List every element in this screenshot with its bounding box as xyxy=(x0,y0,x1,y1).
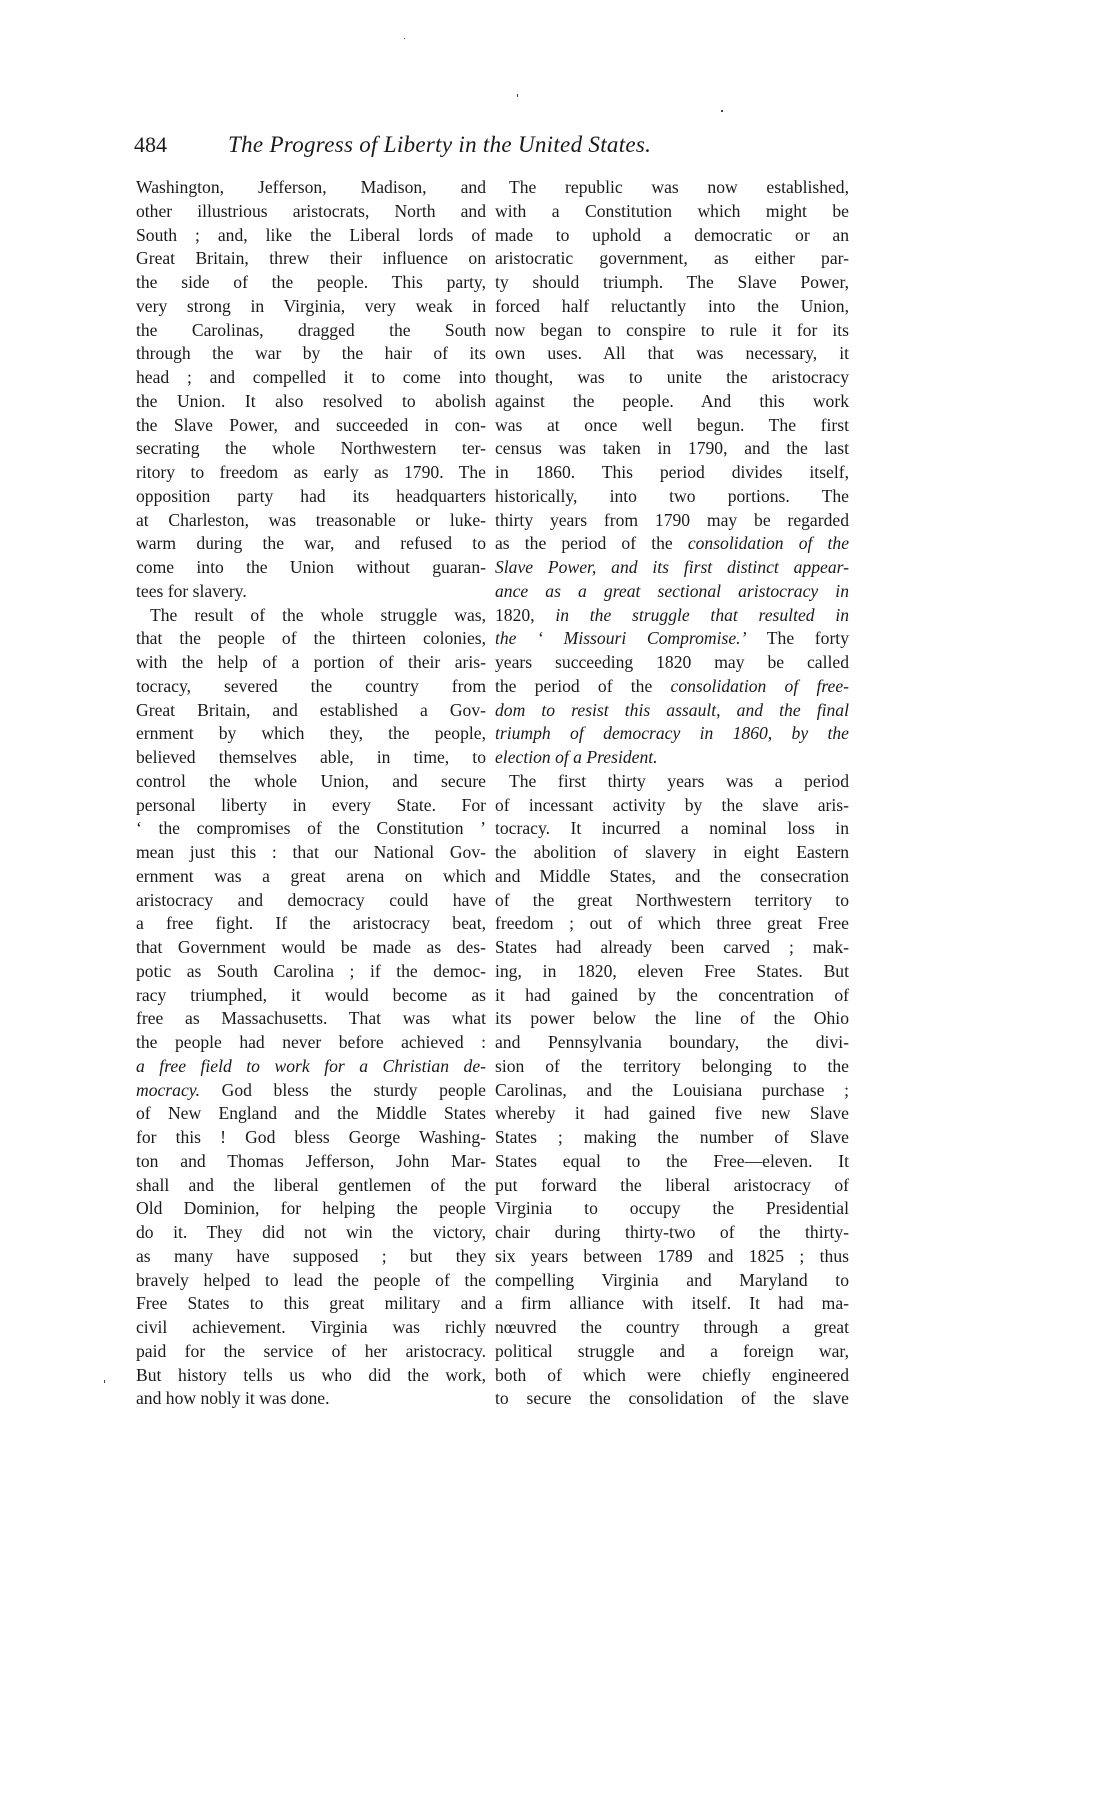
text: mean just this : that our National Gov- xyxy=(136,842,486,862)
text: Great Britain, threw their influence on xyxy=(136,248,486,268)
page-header: 484 The Progress of Liberty in the Unite… xyxy=(134,128,854,164)
text: against the people. And this work xyxy=(495,391,849,411)
text: the period of the xyxy=(495,676,671,696)
text: and Pennsylvania boundary, the divi- xyxy=(495,1032,849,1052)
text-line: Carolinas, and the Louisiana purchase ; xyxy=(495,1079,849,1103)
text-line: tocracy, severed the country from xyxy=(136,675,486,699)
text: ritory to freedom as early as 1790. The xyxy=(136,462,486,482)
running-title: The Progress of Liberty in the United St… xyxy=(228,132,651,158)
text-line: both of which were chiefly engineered xyxy=(495,1364,849,1388)
text-line: ty should triumph. The Slave Power, xyxy=(495,271,849,295)
text: whereby it had gained five new Slave xyxy=(495,1103,849,1123)
text-line: through the war by the hair of its xyxy=(136,342,486,366)
text: tocracy, severed the country from xyxy=(136,676,486,696)
text: to secure the consolidation of the slave xyxy=(495,1388,849,1408)
text: God bless the sturdy people xyxy=(200,1080,486,1100)
text: The result of the whole struggle was, xyxy=(150,605,486,625)
text: the Carolinas, dragged the South xyxy=(136,320,486,340)
text: was at once well begun. The first xyxy=(495,415,849,435)
text-line: historically, into two portions. The xyxy=(495,485,849,509)
text: thought, was to unite the aristocracy xyxy=(495,367,849,387)
text: civil achievement. Virginia was richly xyxy=(136,1317,486,1337)
text: The first thirty years was a period xyxy=(509,771,849,791)
text: now began to conspire to rule it for its xyxy=(495,320,849,340)
text-line: that the people of the thirteen colonies… xyxy=(136,627,486,651)
text-line: of the great Northwestern territory to xyxy=(495,889,849,913)
text-line: potic as South Carolina ; if the democ- xyxy=(136,960,486,984)
text-line: the period of the consolidation of free- xyxy=(495,675,849,699)
text-line: own uses. All that was necessary, it xyxy=(495,342,849,366)
text: compelling Virginia and Maryland to xyxy=(495,1270,849,1290)
text-line: come into the Union without guaran- xyxy=(136,556,486,580)
text-line: warm during the war, and refused to xyxy=(136,532,486,556)
italic-text: consolidation of free- xyxy=(671,676,850,696)
text: of the great Northwestern territory to xyxy=(495,890,849,910)
italic-text: Slave Power, and its first distinct appe… xyxy=(495,557,849,577)
text: the people had never before achieved : xyxy=(136,1032,486,1052)
text-line: tocracy. It incurred a nominal loss in xyxy=(495,817,849,841)
text-line: The first thirty years was a period xyxy=(495,770,849,794)
text: the Union. It also resolved to abolish xyxy=(136,391,486,411)
text-line: Great Britain, threw their influence on xyxy=(136,247,486,271)
text-line: at Charleston, was treasonable or luke- xyxy=(136,509,486,533)
text: States had already been carved ; mak- xyxy=(495,937,849,957)
text-line: years succeeding 1820 may be called xyxy=(495,651,849,675)
text-line: ernment by which they, the people, xyxy=(136,722,486,746)
text: Virginia to occupy the Presidential xyxy=(495,1198,849,1218)
text: very strong in Virginia, very weak in xyxy=(136,296,486,316)
text-line: opposition party had its headquarters xyxy=(136,485,486,509)
text-line: its power below the line of the Ohio xyxy=(495,1007,849,1031)
scan-speck xyxy=(721,110,723,112)
text: do it. They did not win the victory, xyxy=(136,1222,486,1242)
text-line: compelling Virginia and Maryland to xyxy=(495,1269,849,1293)
text: historically, into two portions. The xyxy=(495,486,849,506)
text: Great Britain, and established a Gov- xyxy=(136,700,486,720)
text-line: 1820, in the struggle that resulted in xyxy=(495,604,849,628)
text-line: and Pennsylvania boundary, the divi- xyxy=(495,1031,849,1055)
text-line: with a Constitution which might be xyxy=(495,200,849,224)
text-line: triumph of democracy in 1860, by the xyxy=(495,722,849,746)
text-line: personal liberty in every State. For xyxy=(136,794,486,818)
text-line: of New England and the Middle States xyxy=(136,1102,486,1126)
text: free as Massachusetts. That was what xyxy=(136,1008,486,1028)
text: of New England and the Middle States xyxy=(136,1103,486,1123)
text-line: mean just this : that our National Gov- xyxy=(136,841,486,865)
text-line: thought, was to unite the aristocracy xyxy=(495,366,849,390)
text-line: as the period of the consolidation of th… xyxy=(495,532,849,556)
text-line: thirty years from 1790 may be regarded xyxy=(495,509,849,533)
text-line: States had already been carved ; mak- xyxy=(495,936,849,960)
text: and Middle States, and the consecration xyxy=(495,866,849,886)
text: Washington, Jefferson, Madison, and xyxy=(136,177,486,197)
text-line: the ‘ Missouri Compromise.’ The forty xyxy=(495,627,849,651)
text: its power below the line of the Ohio xyxy=(495,1008,849,1028)
text-line: But history tells us who did the work, xyxy=(136,1364,486,1388)
text-line: Free States to this great military and xyxy=(136,1292,486,1316)
text: it had gained by the concentration of xyxy=(495,985,849,1005)
text-line: six years between 1789 and 1825 ; thus xyxy=(495,1245,849,1269)
text-line: racy triumphed, it would become as xyxy=(136,984,486,1008)
text: freedom ; out of which three great Free xyxy=(495,913,849,933)
text-line: election of a President. xyxy=(495,746,849,770)
book-page: 484 The Progress of Liberty in the Unite… xyxy=(0,0,1120,1800)
text: aristocratic government, as either par- xyxy=(495,248,849,268)
text-line: for this ! God bless George Washing- xyxy=(136,1126,486,1150)
text: racy triumphed, it would become as xyxy=(136,985,486,1005)
text-line: made to uphold a democratic or an xyxy=(495,224,849,248)
text-line: other illustrious aristocrats, North and xyxy=(136,200,486,224)
italic-text: the ‘ Missouri Compromise.’ xyxy=(495,628,746,648)
text-line: Slave Power, and its first distinct appe… xyxy=(495,556,849,580)
text-line: a free fight. If the aristocracy beat, xyxy=(136,912,486,936)
italic-text: election of a President. xyxy=(495,747,658,767)
text-line: the Slave Power, and succeeded in con- xyxy=(136,414,486,438)
text: as the period of the xyxy=(495,533,688,553)
text-line: dom to resist this assault, and the fina… xyxy=(495,699,849,723)
text: the side of the people. This party, xyxy=(136,272,486,292)
text: years succeeding 1820 may be called xyxy=(495,652,849,672)
text-line: control the whole Union, and secure xyxy=(136,770,486,794)
text: chair during thirty-two of the thirty- xyxy=(495,1222,849,1242)
text-line: as many have supposed ; but they xyxy=(136,1245,486,1269)
text: and how nobly it was done. xyxy=(136,1388,330,1408)
text: Free States to this great military and xyxy=(136,1293,486,1313)
text-line: South ; and, like the Liberal lords of xyxy=(136,224,486,248)
text: made to uphold a democratic or an xyxy=(495,225,849,245)
text-line: believed themselves able, in time, to xyxy=(136,746,486,770)
text-line: ing, in 1820, eleven Free States. But xyxy=(495,960,849,984)
text: sion of the territory belonging to the xyxy=(495,1056,849,1076)
text-line: Virginia to occupy the Presidential xyxy=(495,1197,849,1221)
text-line: Great Britain, and established a Gov- xyxy=(136,699,486,723)
text-line: and Middle States, and the consecration xyxy=(495,865,849,889)
text-line: head ; and compelled it to come into xyxy=(136,366,486,390)
text-line: with the help of a portion of their aris… xyxy=(136,651,486,675)
text: that Government would be made as des- xyxy=(136,937,486,957)
text: thirty years from 1790 may be regarded xyxy=(495,510,849,530)
text-line: do it. They did not win the victory, xyxy=(136,1221,486,1245)
text: States equal to the Free—eleven. It xyxy=(495,1151,849,1171)
text: nœuvred the country through a great xyxy=(495,1317,849,1337)
text-line: of incessant activity by the slave aris- xyxy=(495,794,849,818)
text: control the whole Union, and secure xyxy=(136,771,486,791)
text-line: ernment was a great arena on which xyxy=(136,865,486,889)
text-line: to secure the consolidation of the slave xyxy=(495,1387,849,1411)
text-line: The republic was now established, xyxy=(495,176,849,200)
text-line: political struggle and a foreign war, xyxy=(495,1340,849,1364)
text: believed themselves able, in time, to xyxy=(136,747,486,767)
text-line: paid for the service of her aristocracy. xyxy=(136,1340,486,1364)
text: in 1860. This period divides itself, xyxy=(495,462,849,482)
text-line: ance as a great sectional aristocracy in xyxy=(495,580,849,604)
text-line: the abolition of slavery in eight Easter… xyxy=(495,841,849,865)
text-line: Old Dominion, for helping the people xyxy=(136,1197,486,1221)
text: States ; making the number of Slave xyxy=(495,1127,849,1147)
text: opposition party had its headquarters xyxy=(136,486,486,506)
text: But history tells us who did the work, xyxy=(136,1365,486,1385)
text-line: Washington, Jefferson, Madison, and xyxy=(136,176,486,200)
text-line: aristocracy and democracy could have xyxy=(136,889,486,913)
text: tocracy. It incurred a nominal loss in xyxy=(495,818,849,838)
text: political struggle and a foreign war, xyxy=(495,1341,849,1361)
text-line: ton and Thomas Jefferson, John Mar- xyxy=(136,1150,486,1174)
text-line: mocracy. God bless the sturdy people xyxy=(136,1079,486,1103)
text: paid for the service of her aristocracy. xyxy=(136,1341,486,1361)
right-text-column: The republic was now established,with a … xyxy=(495,176,849,1411)
text-line: it had gained by the concentration of xyxy=(495,984,849,1008)
text: ‘ the compromises of the Constitution ’ xyxy=(136,818,486,838)
text-line: ‘ the compromises of the Constitution ’ xyxy=(136,817,486,841)
text-line: very strong in Virginia, very weak in xyxy=(136,295,486,319)
text: shall and the liberal gentlemen of the xyxy=(136,1175,486,1195)
text-line: against the people. And this work xyxy=(495,390,849,414)
text: 1820, xyxy=(495,605,555,625)
text-line: shall and the liberal gentlemen of the xyxy=(136,1174,486,1198)
text-line: put forward the liberal aristocracy of xyxy=(495,1174,849,1198)
text-line: aristocratic government, as either par- xyxy=(495,247,849,271)
text: both of which were chiefly engineered xyxy=(495,1365,849,1385)
text-line: the people had never before achieved : xyxy=(136,1031,486,1055)
text: for this ! God bless George Washing- xyxy=(136,1127,486,1147)
text-line: civil achievement. Virginia was richly xyxy=(136,1316,486,1340)
text: that the people of the thirteen colonies… xyxy=(136,628,486,648)
text-line: the side of the people. This party, xyxy=(136,271,486,295)
text-line: the Union. It also resolved to abolish xyxy=(136,390,486,414)
text-line: The result of the whole struggle was, xyxy=(136,604,486,628)
text: the Slave Power, and succeeded in con- xyxy=(136,415,486,435)
text-line: secrating the whole Northwestern ter- xyxy=(136,437,486,461)
text: ernment by which they, the people, xyxy=(136,723,486,743)
text-line: in 1860. This period divides itself, xyxy=(495,461,849,485)
text-line: tees for slavery. xyxy=(136,580,486,604)
text: come into the Union without guaran- xyxy=(136,557,486,577)
text: with the help of a portion of their aris… xyxy=(136,652,486,672)
text: The republic was now established, xyxy=(509,177,849,197)
text: forced half reluctantly into the Union, xyxy=(495,296,849,316)
text-line: sion of the territory belonging to the xyxy=(495,1055,849,1079)
text: South ; and, like the Liberal lords of xyxy=(136,225,486,245)
text: potic as South Carolina ; if the democ- xyxy=(136,961,486,981)
text: a firm alliance with itself. It had ma- xyxy=(495,1293,849,1313)
italic-text: consolidation of the xyxy=(688,533,849,553)
text: six years between 1789 and 1825 ; thus xyxy=(495,1246,849,1266)
text-line: free as Massachusetts. That was what xyxy=(136,1007,486,1031)
text-line: whereby it had gained five new Slave xyxy=(495,1102,849,1126)
scan-speck xyxy=(404,38,405,39)
text: through the war by the hair of its xyxy=(136,343,486,363)
text: put forward the liberal aristocracy of xyxy=(495,1175,849,1195)
text: bravely helped to lead the people of the xyxy=(136,1270,486,1290)
left-text-column: Washington, Jefferson, Madison, andother… xyxy=(136,176,486,1411)
text: Old Dominion, for helping the people xyxy=(136,1198,486,1218)
text: aristocracy and democracy could have xyxy=(136,890,486,910)
text: ty should triumph. The Slave Power, xyxy=(495,272,849,292)
text: The forty xyxy=(746,628,849,648)
text-line: and how nobly it was done. xyxy=(136,1387,486,1411)
text-line: bravely helped to lead the people of the xyxy=(136,1269,486,1293)
scan-speck xyxy=(104,1380,105,1383)
text: with a Constitution which might be xyxy=(495,201,849,221)
text: head ; and compelled it to come into xyxy=(136,367,486,387)
text: of incessant activity by the slave aris- xyxy=(495,795,849,815)
italic-text: ance as a great sectional aristocracy in xyxy=(495,581,849,601)
text-line: now began to conspire to rule it for its xyxy=(495,319,849,343)
text-line: that Government would be made as des- xyxy=(136,936,486,960)
text-line: a firm alliance with itself. It had ma- xyxy=(495,1292,849,1316)
text-line: forced half reluctantly into the Union, xyxy=(495,295,849,319)
text: warm during the war, and refused to xyxy=(136,533,486,553)
text-line: States ; making the number of Slave xyxy=(495,1126,849,1150)
text: ton and Thomas Jefferson, John Mar- xyxy=(136,1151,486,1171)
text-line: nœuvred the country through a great xyxy=(495,1316,849,1340)
text: a free fight. If the aristocracy beat, xyxy=(136,913,486,933)
text: as many have supposed ; but they xyxy=(136,1246,486,1266)
text: census was taken in 1790, and the last xyxy=(495,438,849,458)
text-line: the Carolinas, dragged the South xyxy=(136,319,486,343)
text-line: was at once well begun. The first xyxy=(495,414,849,438)
text-line: ritory to freedom as early as 1790. The xyxy=(136,461,486,485)
text-line: freedom ; out of which three great Free xyxy=(495,912,849,936)
text: own uses. All that was necessary, it xyxy=(495,343,849,363)
text: tees for slavery. xyxy=(136,581,247,601)
text: secrating the whole Northwestern ter- xyxy=(136,438,486,458)
text: personal liberty in every State. For xyxy=(136,795,486,815)
italic-text: triumph of democracy in 1860, by the xyxy=(495,723,849,743)
text-line: States equal to the Free—eleven. It xyxy=(495,1150,849,1174)
page-number: 484 xyxy=(134,132,167,158)
text: the abolition of slavery in eight Easter… xyxy=(495,842,849,862)
italic-text: mocracy. xyxy=(136,1080,200,1100)
italic-text: dom to resist this assault, and the fina… xyxy=(495,700,849,720)
text-line: census was taken in 1790, and the last xyxy=(495,437,849,461)
scan-speck xyxy=(517,94,518,97)
text-line: chair during thirty-two of the thirty- xyxy=(495,1221,849,1245)
text: Carolinas, and the Louisiana purchase ; xyxy=(495,1080,849,1100)
text-line: a free field to work for a Christian de- xyxy=(136,1055,486,1079)
text: ernment was a great arena on which xyxy=(136,866,486,886)
italic-text: in the struggle that resulted in xyxy=(555,605,849,625)
text: ing, in 1820, eleven Free States. But xyxy=(495,961,849,981)
text: at Charleston, was treasonable or luke- xyxy=(136,510,486,530)
italic-text: a free field to work for a Christian de- xyxy=(136,1056,486,1076)
text: other illustrious aristocrats, North and xyxy=(136,201,486,221)
